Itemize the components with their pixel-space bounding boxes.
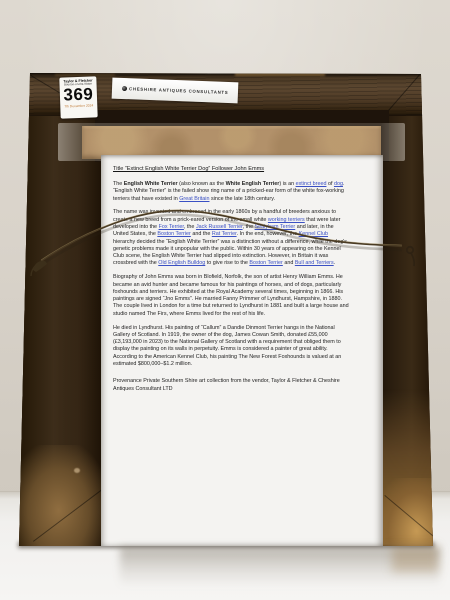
text-run: of xyxy=(326,181,334,187)
text-run: and the xyxy=(191,231,212,237)
consultant-logo-icon xyxy=(122,86,127,91)
sale-date: 7th December 2024 xyxy=(60,103,97,108)
text-run: Biography of John Emms was born in Blofi… xyxy=(113,274,349,316)
paragraph-emms-biography: Biography of John Emms was born in Blofi… xyxy=(113,274,350,318)
consultant-name: Cheshire Antiques Consultants xyxy=(129,86,228,95)
text-run: to give rise to the xyxy=(205,260,249,266)
text-run: (also known as the xyxy=(178,181,226,187)
text-run: and xyxy=(283,260,295,266)
lot-number: 369 xyxy=(60,86,98,103)
inline-link-text: Kennel Club xyxy=(299,231,328,237)
inline-link-text: working terriers xyxy=(268,217,305,223)
text-run: The xyxy=(113,181,124,187)
paragraph-breed-history: The name was invented and embraced in th… xyxy=(113,209,350,267)
inline-link-text: Jack Russell Terrier xyxy=(196,224,243,230)
top-edge-highlight-left xyxy=(55,74,115,76)
text-run: . xyxy=(334,260,336,266)
wood-scuff xyxy=(74,468,80,473)
inline-link-text: Great Britain xyxy=(179,196,209,202)
text-run: , the xyxy=(184,224,196,230)
inline-link-text: extinct breed xyxy=(296,181,327,187)
gold-corner-reflection xyxy=(392,546,438,572)
inline-link-text: Boston Terrier xyxy=(157,231,190,237)
paragraph-breed-intro: The English White Terrier (also known as… xyxy=(113,181,350,203)
bold-text-run: White English Terrier xyxy=(226,181,280,187)
inline-link-text: Old English Bulldog xyxy=(158,260,205,266)
bold-text-run: English White Terrier xyxy=(124,181,178,187)
description-sheet: Title “Extinct English White Terrier Dog… xyxy=(101,155,383,546)
inline-link-text: Rat Terrier xyxy=(212,231,237,237)
text-run: Provenance Private Southern Shire art co… xyxy=(113,378,340,391)
auction-lot-label: Taylor & Fletcher Bourton-on-the-Water 3… xyxy=(59,76,97,118)
text-run: He died in Lyndhurst. His painting of “C… xyxy=(113,325,341,367)
document-title: Title “Extinct English White Terrier Dog… xyxy=(113,166,350,173)
text-run: , the xyxy=(243,224,255,230)
inline-link-text: dog xyxy=(334,181,343,187)
photo-scene: Title “Extinct English White Terrier Dog… xyxy=(0,0,450,600)
text-run: ) is an xyxy=(279,181,295,187)
inline-link-text: Bull and Terriers xyxy=(295,260,334,266)
inline-link-text: Fox Terrier xyxy=(159,224,184,230)
inline-link-text: Boston Terrier xyxy=(249,260,282,266)
provenance-note: Provenance Private Southern Shire art co… xyxy=(113,378,350,393)
inline-link-text: Sealyham Terrier xyxy=(255,224,296,230)
paragraph-emms-legacy: He died in Lyndhurst. His painting of “C… xyxy=(113,325,350,369)
text-run: since the late 18th century. xyxy=(209,196,275,202)
text-run: . In the end, however, the xyxy=(237,231,299,237)
